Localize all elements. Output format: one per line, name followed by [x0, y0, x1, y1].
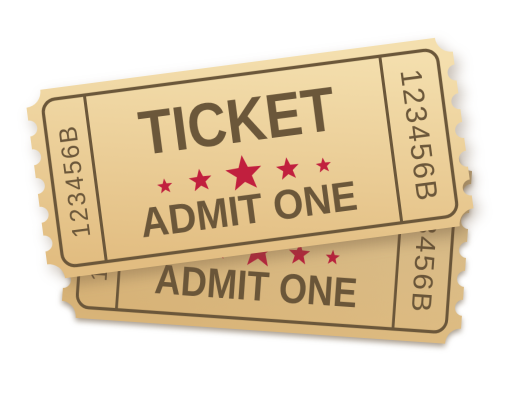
ticket-stack-scene: 123456B 123456B TICKET ADMIT ONE 123456B… [0, 0, 512, 396]
